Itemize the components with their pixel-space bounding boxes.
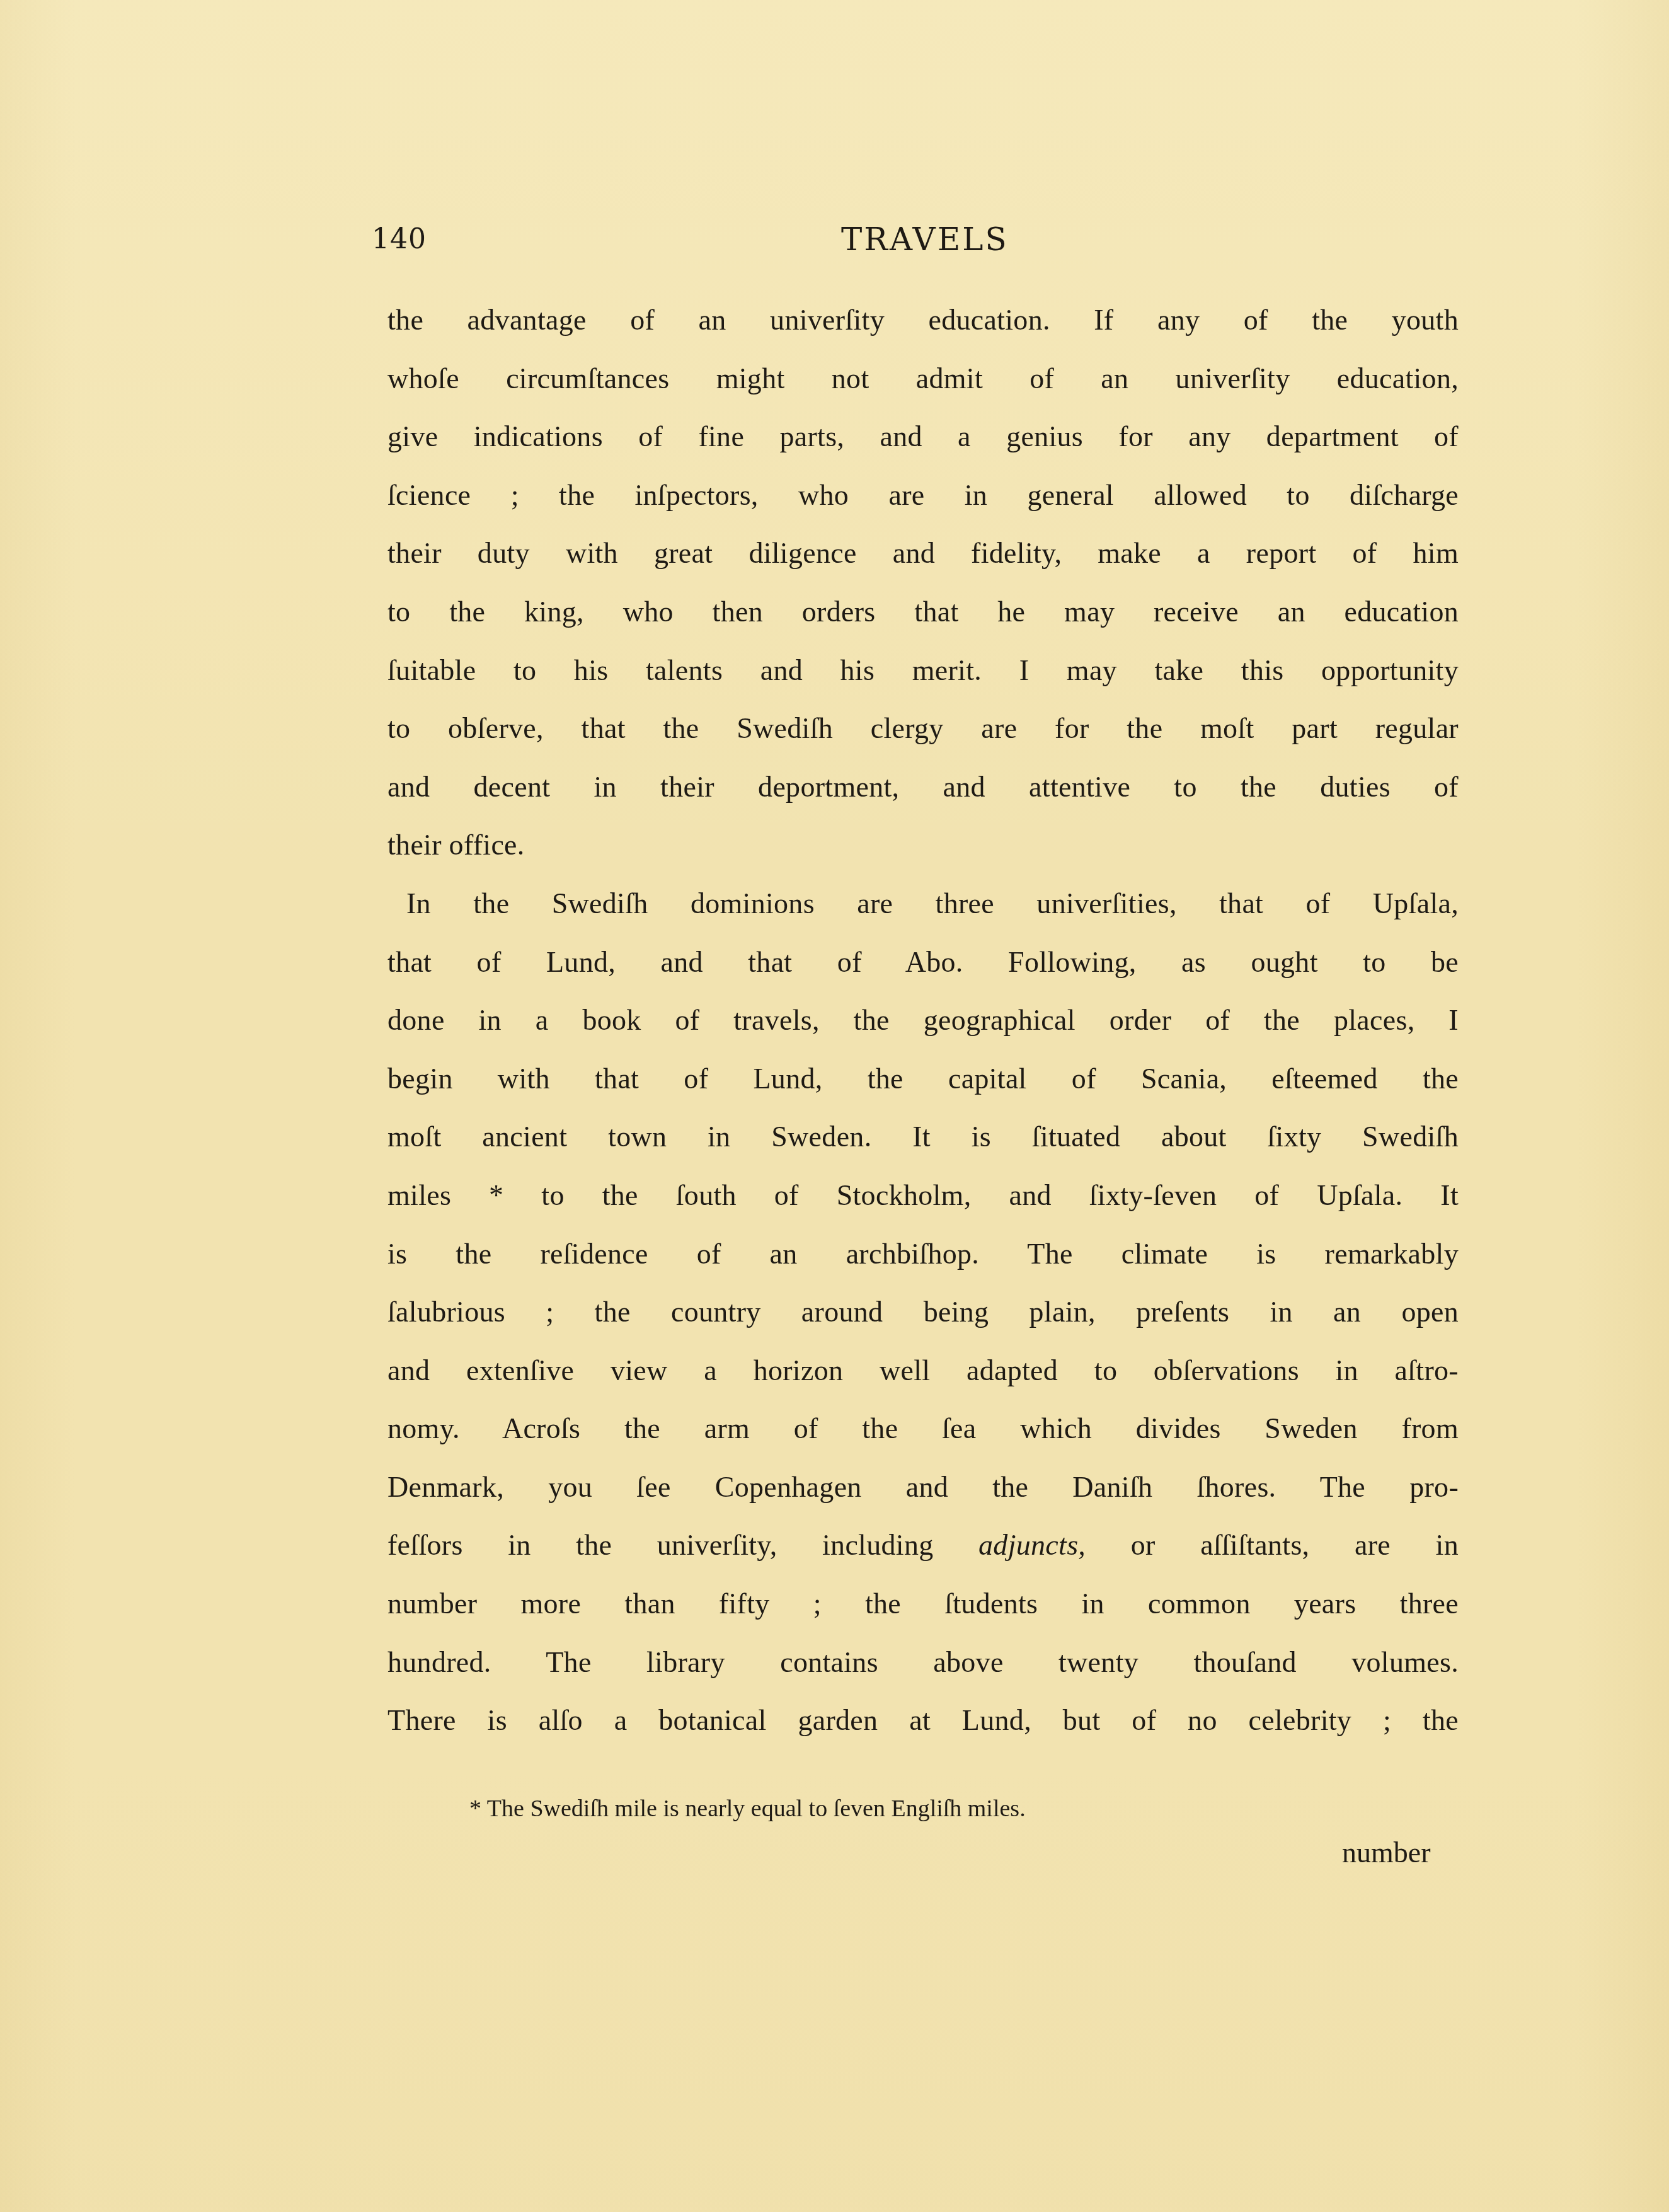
text-line: ſalubrious ; the country around being pl… bbox=[387, 1283, 1459, 1342]
text-line: to the king, who then orders that he may… bbox=[387, 583, 1459, 642]
italic-term: adjuncts, bbox=[978, 1529, 1086, 1561]
line-text: feſſors in the univerſity, including bbox=[387, 1529, 978, 1561]
text-line: and extenſive view a horizon well adapte… bbox=[387, 1342, 1459, 1400]
book-page: 140 TRAVELS the advantage of an univerſi… bbox=[0, 0, 1669, 2212]
text-line: hundred. The library contains above twen… bbox=[387, 1633, 1459, 1692]
footnote: * The Swediſh mile is nearly equal to ſe… bbox=[469, 1790, 1026, 1828]
paragraph-end-line: their office. bbox=[387, 816, 1459, 875]
body-text: the advantage of an univerſity education… bbox=[387, 291, 1459, 1750]
text-line: is the reſidence of an archbiſhop. The c… bbox=[387, 1225, 1459, 1284]
text-line: that of Lund, and that of Abo. Following… bbox=[387, 933, 1459, 992]
text-line: the advantage of an univerſity education… bbox=[387, 291, 1459, 350]
text-line-with-italic: feſſors in the univerſity, including adj… bbox=[387, 1516, 1459, 1575]
text-line: to obſerve, that the Swediſh clergy are … bbox=[387, 700, 1459, 758]
text-line: number more than fifty ; the ſtudents in… bbox=[387, 1575, 1459, 1633]
text-line: give indications of fine parts, and a ge… bbox=[387, 408, 1459, 466]
page-number: 140 bbox=[372, 217, 427, 262]
footnote-reference-line: miles * to the ſouth of Stockholm, and ſ… bbox=[387, 1166, 1459, 1225]
text-line: Denmark, you ſee Copenhagen and the Dani… bbox=[387, 1458, 1459, 1517]
catchword: number bbox=[1342, 1831, 1431, 1875]
text-line: whoſe circumſtances might not admit of a… bbox=[387, 350, 1459, 408]
text-line: their duty with great diligence and fide… bbox=[387, 524, 1459, 583]
text-line: nomy. Acroſs the arm of the ſea which di… bbox=[387, 1400, 1459, 1458]
line-text: or aſſiſtants, are in bbox=[1086, 1529, 1459, 1561]
running-head: 140 TRAVELS bbox=[372, 217, 1459, 262]
text-line: ſcience ; the inſpectors, who are in gen… bbox=[387, 466, 1459, 525]
text-line: and decent in their deportment, and atte… bbox=[387, 758, 1459, 817]
text-line: ſuitable to his talents and his merit. I… bbox=[387, 642, 1459, 700]
text-line: There is alſo a botanical garden at Lund… bbox=[387, 1691, 1459, 1750]
paragraph-start-line: In the Swediſh dominions are three unive… bbox=[387, 875, 1459, 933]
text-line: begin with that of Lund, the capital of … bbox=[387, 1050, 1459, 1109]
running-title: TRAVELS bbox=[841, 217, 1009, 262]
text-line: moſt ancient town in Sweden. It is ſitua… bbox=[387, 1108, 1459, 1166]
text-line: done in a book of travels, the geographi… bbox=[387, 991, 1459, 1050]
